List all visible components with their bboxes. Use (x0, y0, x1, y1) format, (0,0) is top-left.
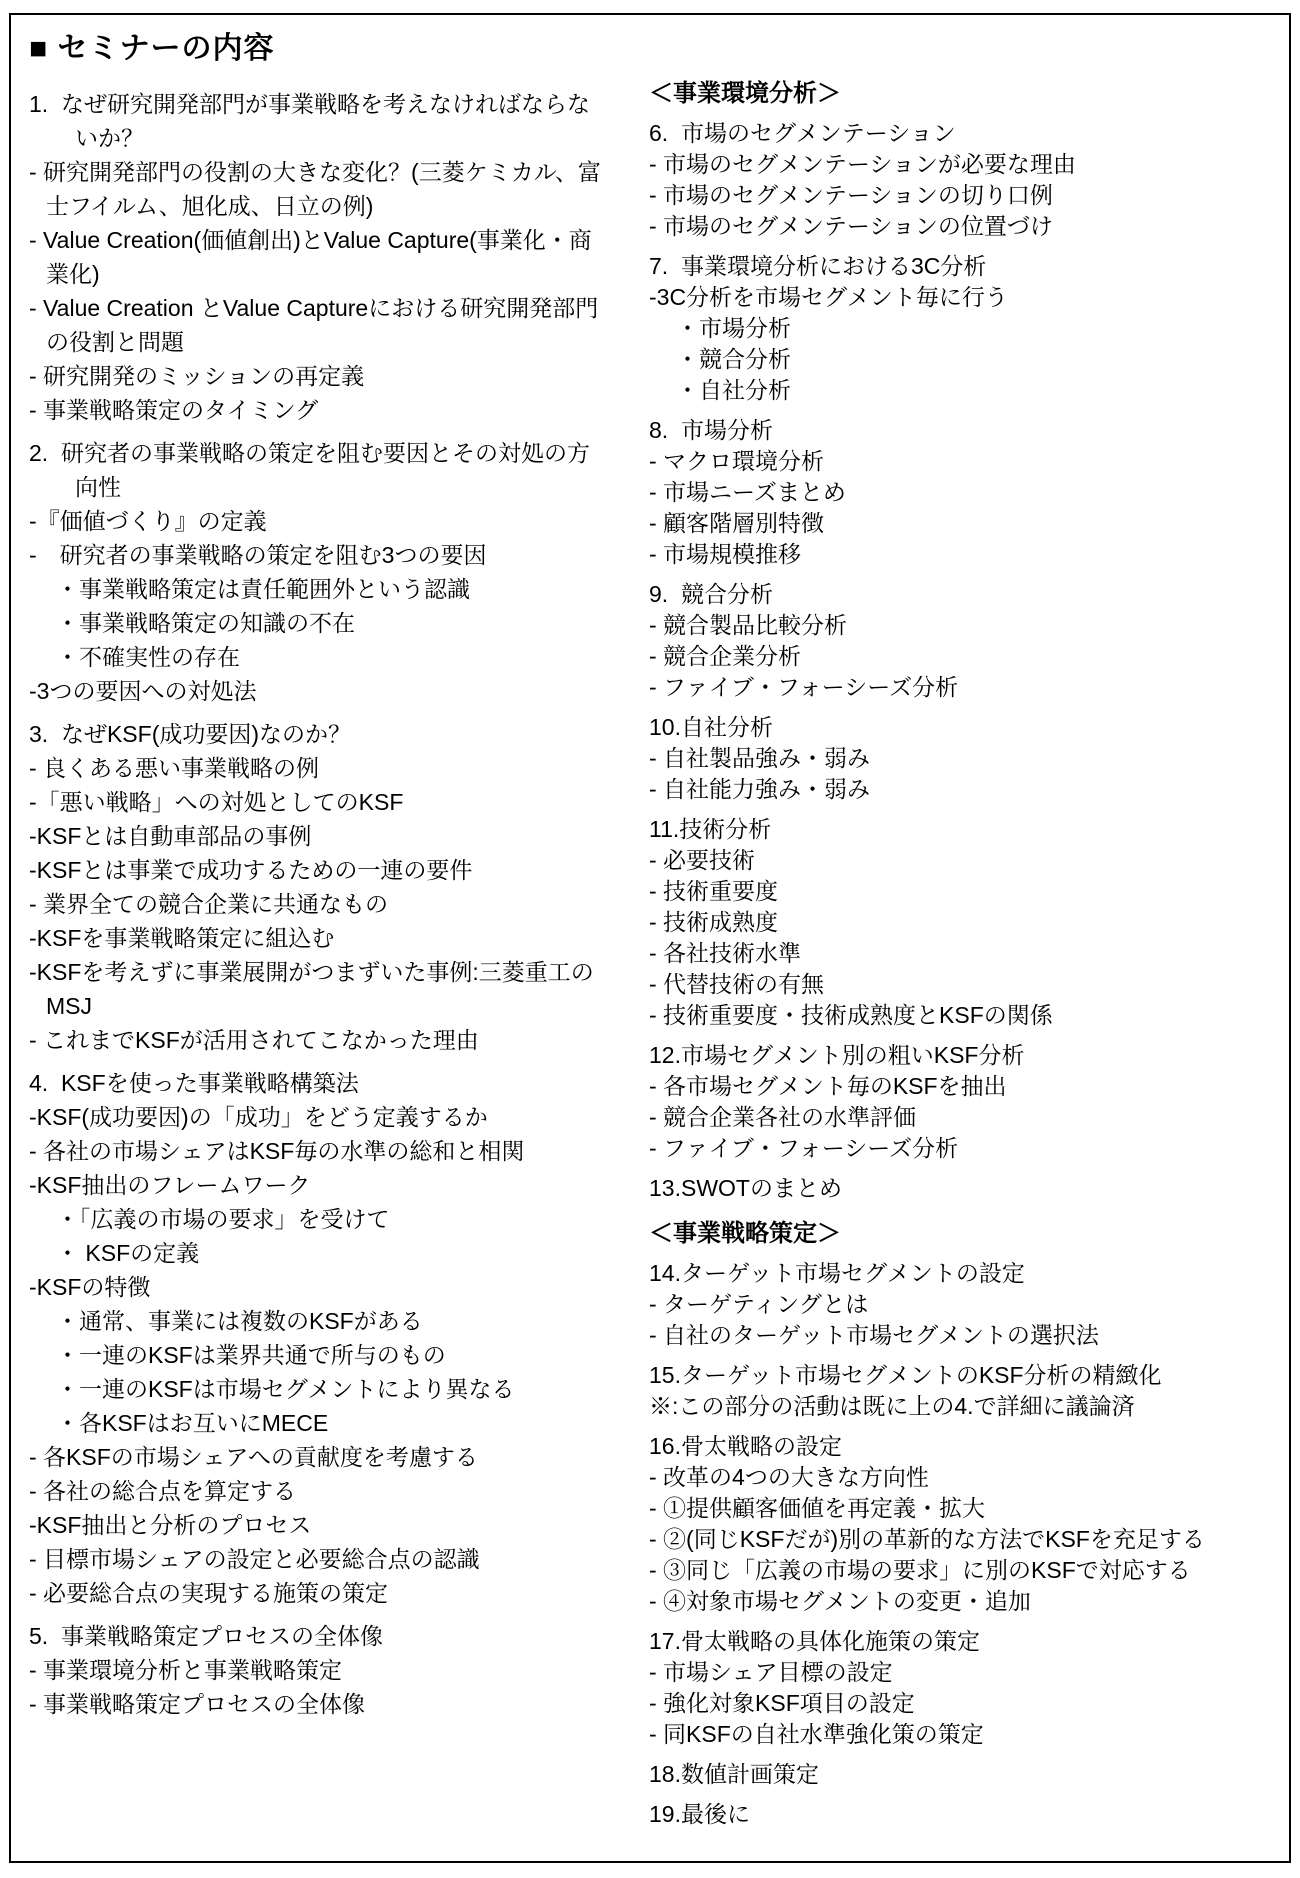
outline-item-dash: - ターゲティングとは (649, 1289, 1279, 1320)
outline-item-dash: - 顧客階層別特徴 (649, 508, 1279, 539)
outline-item-dash: - 必要技術 (649, 845, 1279, 876)
outline-item-dash: - ファイブ・フォーシーズ分析 (649, 1133, 1279, 1164)
outline-item-dash: - 市場のセグメンテーションの切り口例 (649, 180, 1279, 211)
outline-item-bullet: ・市場分析 (649, 313, 1279, 344)
outline-item-num: 12.市場セグメント別の粗いKSF分析 (649, 1040, 1279, 1071)
outline-item-dash: -KSF抽出のフレームワーク (29, 1168, 607, 1202)
outline-item-num: 19.最後に (649, 1799, 1279, 1830)
outline-item-dash: - 市場シェア目標の設定 (649, 1657, 1279, 1688)
outline-item-dash: - 技術重要度 (649, 876, 1279, 907)
outline-item-dash: - ファイブ・フォーシーズ分析 (649, 672, 1279, 703)
outline-item-num: 3. なぜKSF(成功要因)なのか？ (29, 717, 607, 751)
outline-item-dash: - 技術成熟度 (649, 907, 1279, 938)
outline-item-dash: - 市場規模推移 (649, 539, 1279, 570)
outline-item-dash: -「悪い戦略」への対処としてのKSF (29, 785, 607, 819)
outline-item-dash: - Value Creation(価値創出)とValue Capture(事業化… (29, 223, 607, 291)
outline-item-dash: - 研究開発部門の役割の大きな変化？(三菱ケミカル、富士フイルム、旭化成、日立の… (29, 155, 607, 223)
outline-item-num: 5. 事業戦略策定プロセスの全体像 (29, 1619, 607, 1653)
outline-item-bullet: ・一連のKSFは業界共通で所与のもの (29, 1338, 607, 1372)
outline-item-bullet: ・事業戦略策定の知識の不在 (29, 606, 607, 640)
outline-item-dash: -KSF抽出と分析のプロセス (29, 1508, 607, 1542)
outline-item-num: 11.技術分析 (649, 814, 1279, 845)
outline-item-dash: - 各社の市場シェアはKSF毎の水準の総和と相関 (29, 1134, 607, 1168)
outline-item-header: ＜事業環境分析＞ (649, 78, 1279, 109)
outline-item-dash: - 強化対象KSF項目の設定 (649, 1688, 1279, 1719)
outline-item-num: 6. 市場のセグメンテーション (649, 118, 1279, 149)
left-column: 1. なぜ研究開発部門が事業戦略を考えなければならないか？- 研究開発部門の役割… (29, 78, 607, 1721)
outline-item-num: 18.数値計画策定 (649, 1759, 1279, 1790)
outline-item-bullet: ・「広義の市場の要求」を受けて (29, 1202, 607, 1236)
outline-item-bullet: ・不確実性の存在 (29, 640, 607, 674)
outline-item-note: ※:この部分の活動は既に上の4.で詳細に議論済 (649, 1391, 1279, 1422)
outline-item-dash: - ①提供顧客価値を再定義・拡大 (649, 1493, 1279, 1524)
outline-item-dash: - 事業戦略策定のタイミング (29, 393, 607, 427)
content-border-box: ■ セミナーの内容 1. なぜ研究開発部門が事業戦略を考えなければならないか？-… (9, 13, 1291, 1863)
outline-item-dash: - 良くある悪い事業戦略の例 (29, 751, 607, 785)
outline-item-dash: - 改革の4つの大きな方向性 (649, 1462, 1279, 1493)
outline-item-dash: -KSFを事業戦略策定に組込む (29, 921, 607, 955)
outline-item-dash: - 自社能力強み・弱み (649, 774, 1279, 805)
outline-item-bullet: ・各KSFはお互いにMECE (29, 1406, 607, 1440)
outline-item-num: 10.自社分析 (649, 712, 1279, 743)
outline-item-dash: - これまでKSFが活用されてこなかった理由 (29, 1023, 607, 1057)
outline-item-dash: -KSFとは自動車部品の事例 (29, 819, 607, 853)
outline-item-bullet: ・ KSFの定義 (29, 1236, 607, 1270)
outline-item-dash: - 各社技術水準 (649, 938, 1279, 969)
outline-item-dash: - 競合企業各社の水準評価 (649, 1102, 1279, 1133)
outline-item-dash: - 必要総合点の実現する施策の策定 (29, 1576, 607, 1610)
outline-item-dash: - 事業環境分析と事業戦略策定 (29, 1653, 607, 1687)
outline-item-num: 16.骨太戦略の設定 (649, 1431, 1279, 1462)
outline-item-num: 9. 競合分析 (649, 579, 1279, 610)
outline-item-dash: -KSFとは事業で成功するための一連の要件 (29, 853, 607, 887)
outline-item-dash: -KSF(成功要因)の「成功」をどう定義するか (29, 1100, 607, 1134)
outline-item-bullet: ・事業戦略策定は責任範囲外という認識 (29, 572, 607, 606)
outline-item-dash: - Value Creation とValue Captureにおける研究開発部… (29, 291, 607, 359)
outline-item-num: 13.SWOTのまとめ (649, 1173, 1279, 1204)
seminar-outline-page: ■ セミナーの内容 1. なぜ研究開発部門が事業戦略を考えなければならないか？-… (0, 0, 1300, 1878)
outline-item-dash: - 市場のセグメンテーションの位置づけ (649, 211, 1279, 242)
outline-item-dash: - 市場のセグメンテーションが必要な理由 (649, 149, 1279, 180)
outline-item-num: 17.骨太戦略の具体化施策の策定 (649, 1626, 1279, 1657)
outline-item-dash: - 各社の総合点を算定する (29, 1474, 607, 1508)
right-column: ＜事業環境分析＞6. 市場のセグメンテーション- 市場のセグメンテーションが必要… (607, 78, 1279, 1830)
outline-item-dash: - 研究者の事業戦略の策定を阻む3つの要因 (29, 538, 607, 572)
outline-item-num: 4. KSFを使った事業戦略構築法 (29, 1066, 607, 1100)
outline-item-dash: - 競合製品比較分析 (649, 610, 1279, 641)
outline-item-num: 14.ターゲット市場セグメントの設定 (649, 1258, 1279, 1289)
outline-item-dash: - 業界全ての競合企業に共通なもの (29, 887, 607, 921)
outline-item-dash: -KSFを考えずに事業展開がつまずいた事例:三菱重工のMSJ (29, 955, 607, 1023)
outline-item-dash: - 自社製品強み・弱み (649, 743, 1279, 774)
outline-item-num: 8. 市場分析 (649, 415, 1279, 446)
outline-item-dash: - 同KSFの自社水準強化策の策定 (649, 1719, 1279, 1750)
outline-item-dash: -3C分析を市場セグメント毎に行う (649, 282, 1279, 313)
outline-item-bullet: ・自社分析 (649, 375, 1279, 406)
outline-item-dash: - ③同じ「広義の市場の要求」に別のKSFで対応する (649, 1555, 1279, 1586)
outline-item-num: 7. 事業環境分析における3C分析 (649, 251, 1279, 282)
outline-columns: 1. なぜ研究開発部門が事業戦略を考えなければならないか？- 研究開発部門の役割… (29, 78, 1279, 1830)
outline-item-dash: - マクロ環境分析 (649, 446, 1279, 477)
outline-item-bullet: ・競合分析 (649, 344, 1279, 375)
outline-item-dash: -3つの要因への対処法 (29, 674, 607, 708)
outline-item-dash: - 自社のターゲット市場セグメントの選択法 (649, 1320, 1279, 1351)
outline-item-num: 1. なぜ研究開発部門が事業戦略を考えなければならないか？ (29, 87, 607, 155)
outline-item-dash: - 研究開発のミッションの再定義 (29, 359, 607, 393)
outline-item-num: 15.ターゲット市場セグメントのKSF分析の精緻化 (649, 1360, 1279, 1391)
outline-item-dash: - 事業戦略策定プロセスの全体像 (29, 1687, 607, 1721)
outline-item-dash: - 各市場セグメント毎のKSFを抽出 (649, 1071, 1279, 1102)
page-title: ■ セミナーの内容 (29, 29, 1279, 68)
outline-item-dash: - ④対象市場セグメントの変更・追加 (649, 1586, 1279, 1617)
outline-item-dash: -『価値づくり』の定義 (29, 504, 607, 538)
outline-item-dash: - 競合企業分析 (649, 641, 1279, 672)
outline-item-num: 2. 研究者の事業戦略の策定を阻む要因とその対処の方向性 (29, 436, 607, 504)
outline-item-bullet: ・通常、事業には複数のKSFがある (29, 1304, 607, 1338)
outline-item-dash: - 目標市場シェアの設定と必要総合点の認識 (29, 1542, 607, 1576)
outline-item-dash: - ②(同じKSFだが)別の革新的な方法でKSFを充足する (649, 1524, 1279, 1555)
outline-item-bullet: ・一連のKSFは市場セグメントにより異なる (29, 1372, 607, 1406)
outline-item-dash: - 代替技術の有無 (649, 969, 1279, 1000)
outline-item-dash: -KSFの特徴 (29, 1270, 607, 1304)
outline-item-header: ＜事業戦略策定＞ (649, 1218, 1279, 1249)
outline-item-dash: - 各KSFの市場シェアへの貢献度を考慮する (29, 1440, 607, 1474)
outline-item-dash: - 技術重要度・技術成熟度とKSFの関係 (649, 1000, 1279, 1031)
outline-item-dash: - 市場ニーズまとめ (649, 477, 1279, 508)
